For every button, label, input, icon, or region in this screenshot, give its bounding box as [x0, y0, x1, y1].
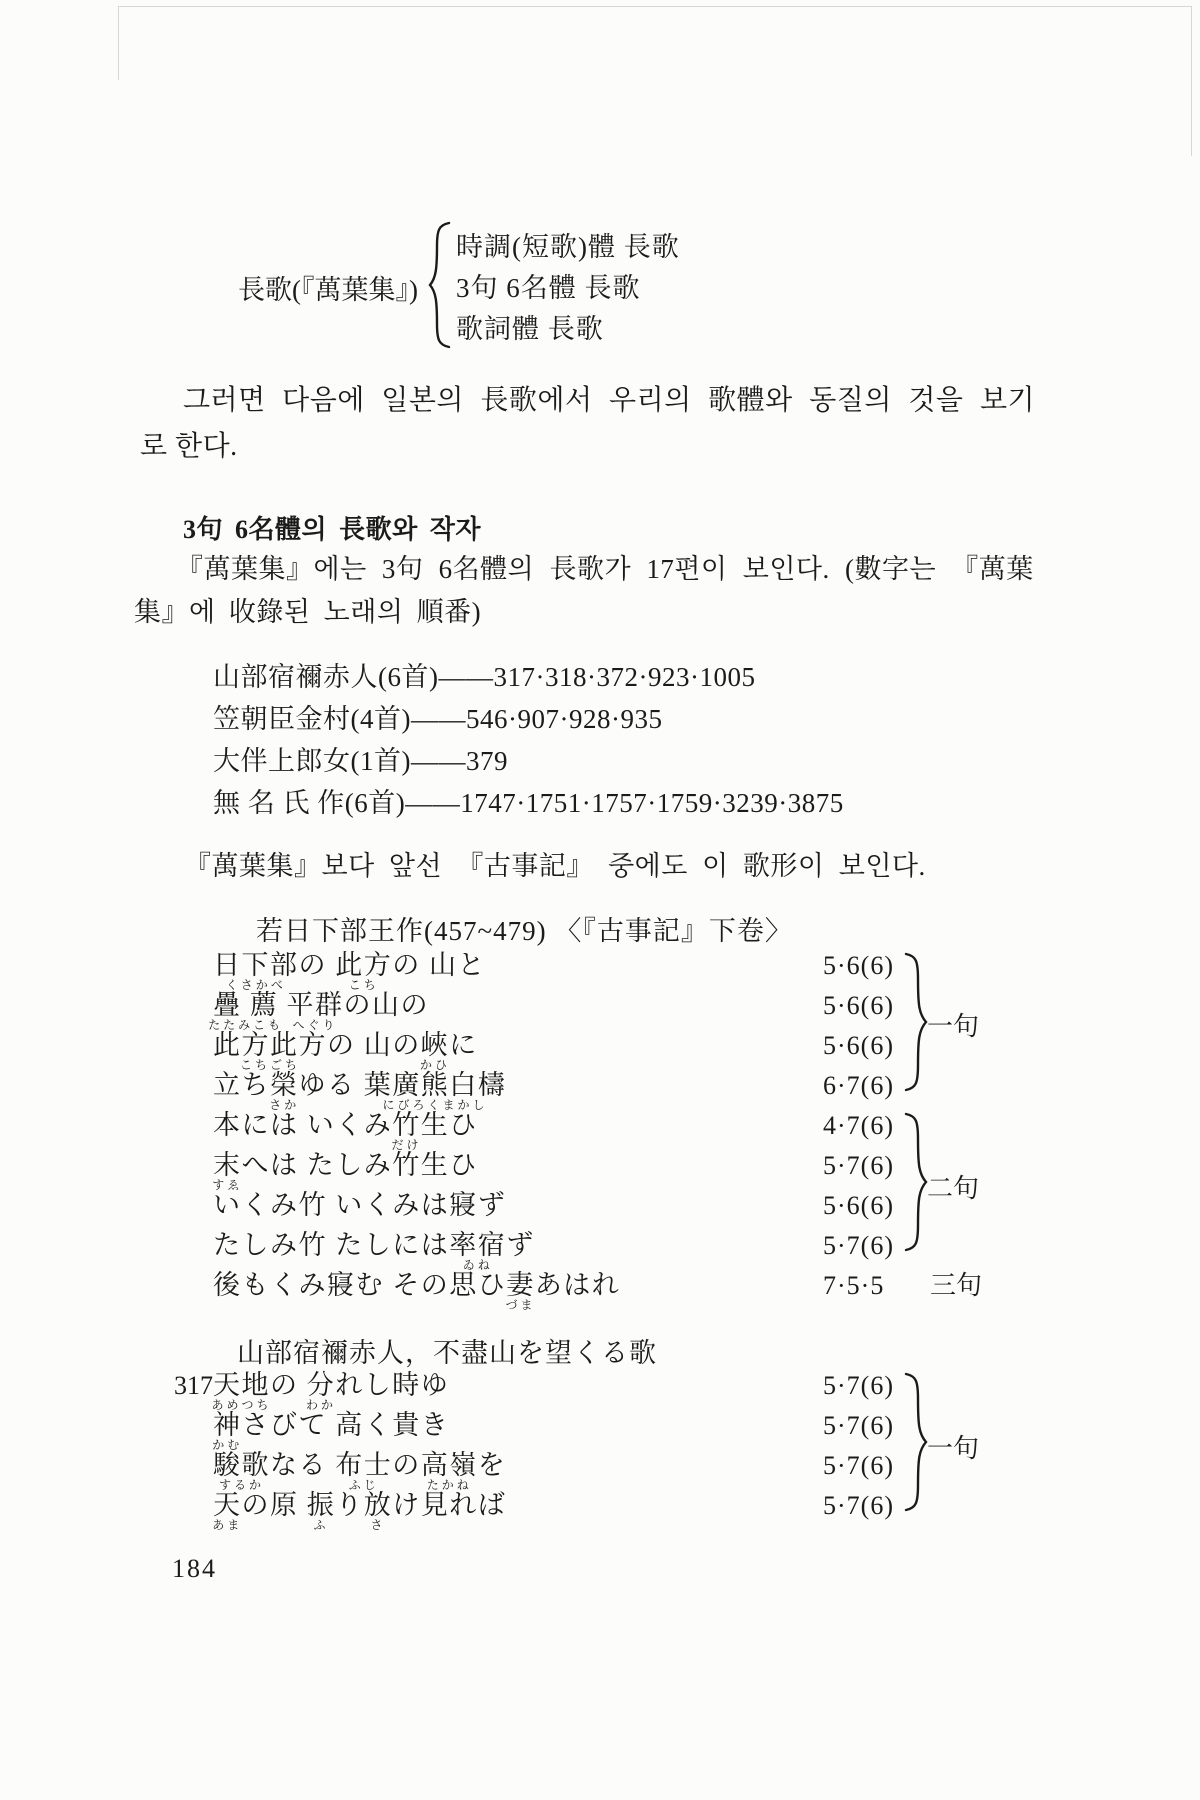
- poem-line: 本には いくみ竹だけ生ひ4·7(6): [213, 1110, 1133, 1150]
- classification-label: 長歌(『萬葉集』): [238, 268, 418, 307]
- furigana: づま: [505, 1299, 535, 1311]
- page-number: 184: [172, 1554, 217, 1584]
- kojiki-note: 『萬葉集』보다 앞선 『古事記』 중에도 이 歌形이 보인다.: [184, 844, 926, 883]
- classification-item: 歌詞體 長歌: [456, 309, 680, 350]
- ruby-segment: 妻づま: [506, 1270, 535, 1301]
- poem-line-text: 疊 薦たたみこも 平群へぐりの山の: [213, 990, 429, 1020]
- section-body-line-2: 集』에 收錄된 노래의 順番): [134, 590, 481, 629]
- ruby-segment: 此方此方こちごち: [213, 1030, 327, 1061]
- meter-count: 5·7(6): [823, 1410, 894, 1441]
- furigana: あま: [212, 1519, 242, 1531]
- scan-edge-left: [118, 6, 119, 80]
- poem-line-text: 末すゑへは たしみ竹生ひ: [213, 1150, 478, 1180]
- ruby-segment: 末すゑ: [213, 1150, 242, 1181]
- meter-count: 5·6(6): [823, 1190, 894, 1221]
- poem-line: 神かむさびて 高く貴き5·7(6): [213, 1410, 1133, 1450]
- poet-entry: 無 名 氏 作(6首)——1747·1751·1757·1759·3239·38…: [213, 782, 844, 824]
- poet-entry: 笠朝臣金村(4首)——546·907·928·935: [213, 698, 844, 740]
- meter-count: 5·7(6): [823, 1230, 894, 1261]
- poem-line: 317天地あめつちの 分わかれし時ゆ5·7(6): [213, 1370, 1133, 1410]
- poem-line: 駿歌するかなる 布士ふじの高嶺たかねを5·7(6): [213, 1450, 1133, 1490]
- poem-line-text: 駿歌するかなる 布士ふじの高嶺たかねを: [213, 1450, 506, 1480]
- group-label-niku: 二句: [927, 1168, 979, 1205]
- ruby-segment: 分わか: [307, 1370, 336, 1401]
- ruby-segment: 天あま: [213, 1490, 242, 1521]
- ruby-segment: 駿歌するか: [213, 1450, 270, 1481]
- group-label-ikku-2: 一句: [927, 1428, 979, 1465]
- poem2-title: 山部宿禰赤人，不盡山を望くる歌: [237, 1331, 657, 1370]
- poem-line-text: たしみ竹 たしには率宿ゐねず: [213, 1230, 535, 1260]
- meter-count: 5·7(6): [823, 1150, 894, 1181]
- meter-count: 4·7(6): [823, 1110, 894, 1141]
- ruby-segment: 疊 薦たたみこも: [213, 990, 278, 1021]
- poem1-lines: 日下部くさかべの 此方こちの 山と5·6(6)疊 薦たたみこも 平群へぐりの山の…: [213, 950, 1133, 1310]
- meter-count: 5·6(6): [823, 950, 894, 981]
- scan-edge-right: [1191, 6, 1192, 156]
- meter-count: 5·6(6): [823, 990, 894, 1021]
- group-label-sanku: 三句: [930, 1270, 982, 1301]
- meter-count: 5·6(6): [823, 1030, 894, 1061]
- classification-item: 3句 6名體 長歌: [456, 268, 680, 309]
- ruby-segment: 葉廣熊白檮にびろくまかし: [364, 1070, 507, 1101]
- classification-item: 時調(短歌)體 長歌: [456, 227, 680, 268]
- poem-line: 此方此方こちごちの 山の峽かひに5·6(6): [213, 1030, 1133, 1070]
- ruby-segment: 竹だけ: [392, 1110, 421, 1141]
- ruby-segment: 放さ: [364, 1490, 393, 1521]
- poem-line: いくみ竹 いくみは寢ず5·6(6): [213, 1190, 1133, 1230]
- poem-line-text: 立ち榮さかゆる 葉廣熊白檮にびろくまかし: [213, 1070, 506, 1100]
- poem-line: 末すゑへは たしみ竹生ひ5·7(6): [213, 1150, 1133, 1190]
- ruby-segment: 高嶺たかね: [421, 1450, 478, 1481]
- group-label-ikku: 一句: [927, 1006, 979, 1043]
- meter-count: 5·7(6): [823, 1370, 894, 1401]
- ruby-segment: 平群へぐり: [287, 990, 344, 1021]
- ruby-segment: 振ふ: [307, 1490, 336, 1521]
- section-heading: 3句 6名體의 長歌와 작자: [183, 509, 481, 546]
- classification-items: 時調(短歌)體 長歌 3句 6名體 長歌 歌詞體 長歌: [456, 227, 680, 350]
- ruby-segment: 神かむ: [213, 1410, 242, 1441]
- poem-line-text: いくみ竹 いくみは寢ず: [213, 1190, 506, 1220]
- ruby-segment: 峽かひ: [421, 1030, 450, 1061]
- poem-line: 疊 薦たたみこも 平群へぐりの山の5·6(6): [213, 990, 1133, 1030]
- left-brace-icon: [428, 221, 452, 349]
- poem-line-text: 天地あめつちの 分わかれし時ゆ: [213, 1370, 449, 1400]
- poem-line-text: 神かむさびて 高く貴き: [213, 1410, 449, 1440]
- meter-count: 7·5·5: [823, 1270, 884, 1301]
- meter-count: 5·7(6): [823, 1450, 894, 1481]
- right-brace-icon: [903, 1372, 929, 1512]
- poet-entry: 山部宿禰赤人(6首)——317·318·372·923·1005: [213, 656, 844, 698]
- poem-line-text: 後もくみ寢む その思ひ妻づまあはれ: [213, 1270, 620, 1300]
- ruby-segment: 日下部くさかべ: [213, 950, 299, 981]
- poem-line: 後もくみ寢む その思ひ妻づまあはれ7·5·5三句: [213, 1270, 1133, 1310]
- poem-line: 天あまの原 振ふり放さけ見れば5·7(6): [213, 1490, 1133, 1530]
- poem2-lines: 317天地あめつちの 分わかれし時ゆ5·7(6)神かむさびて 高く貴き5·7(6…: [213, 1370, 1133, 1530]
- furigana: ふ: [313, 1519, 328, 1531]
- scan-edge-top: [118, 6, 1192, 7]
- poem-line: たしみ竹 たしには率宿ゐねず5·7(6): [213, 1230, 1133, 1270]
- poem-line-text: 日下部くさかべの 此方こちの 山と: [213, 950, 486, 980]
- right-brace-icon: [903, 952, 929, 1092]
- poem-line-text: 此方此方こちごちの 山の峽かひに: [213, 1030, 478, 1060]
- intro-line-1: 그러면 다음에 일본의 長歌에서 우리의 歌體와 동질의 것을 보기: [183, 378, 1035, 418]
- meter-count: 5·7(6): [823, 1490, 894, 1521]
- poem-line-text: 本には いくみ竹だけ生ひ: [213, 1110, 478, 1140]
- section-body-line-1: 『萬葉集』에는 3句 6名體의 長歌가 17편이 보인다. (數字는 『萬葉: [176, 547, 1034, 586]
- poem-number: 317: [174, 1370, 213, 1401]
- right-brace-icon: [903, 1112, 929, 1252]
- poem-line-text: 天あまの原 振ふり放さけ見れば: [213, 1490, 506, 1520]
- ruby-segment: 榮さか: [270, 1070, 299, 1101]
- ruby-segment: 天地あめつち: [213, 1370, 270, 1401]
- book-page: 長歌(『萬葉集』) 時調(短歌)體 長歌 3句 6名體 長歌 歌詞體 長歌 그러…: [0, 0, 1200, 1800]
- poem-line: 立ち榮さかゆる 葉廣熊白檮にびろくまかし6·7(6): [213, 1070, 1133, 1110]
- meter-count: 6·7(6): [823, 1070, 894, 1101]
- furigana: さ: [370, 1519, 385, 1531]
- poem-line: 日下部くさかべの 此方こちの 山と5·6(6): [213, 950, 1133, 990]
- intro-line-2: 로 한다.: [140, 424, 238, 464]
- poet-entry: 大伴上郎女(1首)——379: [213, 740, 844, 782]
- poem1-title: 若日下部王作(457~479) 〈『古事記』下卷〉: [256, 909, 793, 948]
- ruby-segment: 率宿ゐね: [449, 1230, 506, 1261]
- ruby-segment: 布士ふじ: [335, 1450, 392, 1481]
- poet-list: 山部宿禰赤人(6首)——317·318·372·923·1005 笠朝臣金村(4…: [213, 656, 844, 824]
- ruby-segment: 此方こち: [335, 950, 392, 981]
